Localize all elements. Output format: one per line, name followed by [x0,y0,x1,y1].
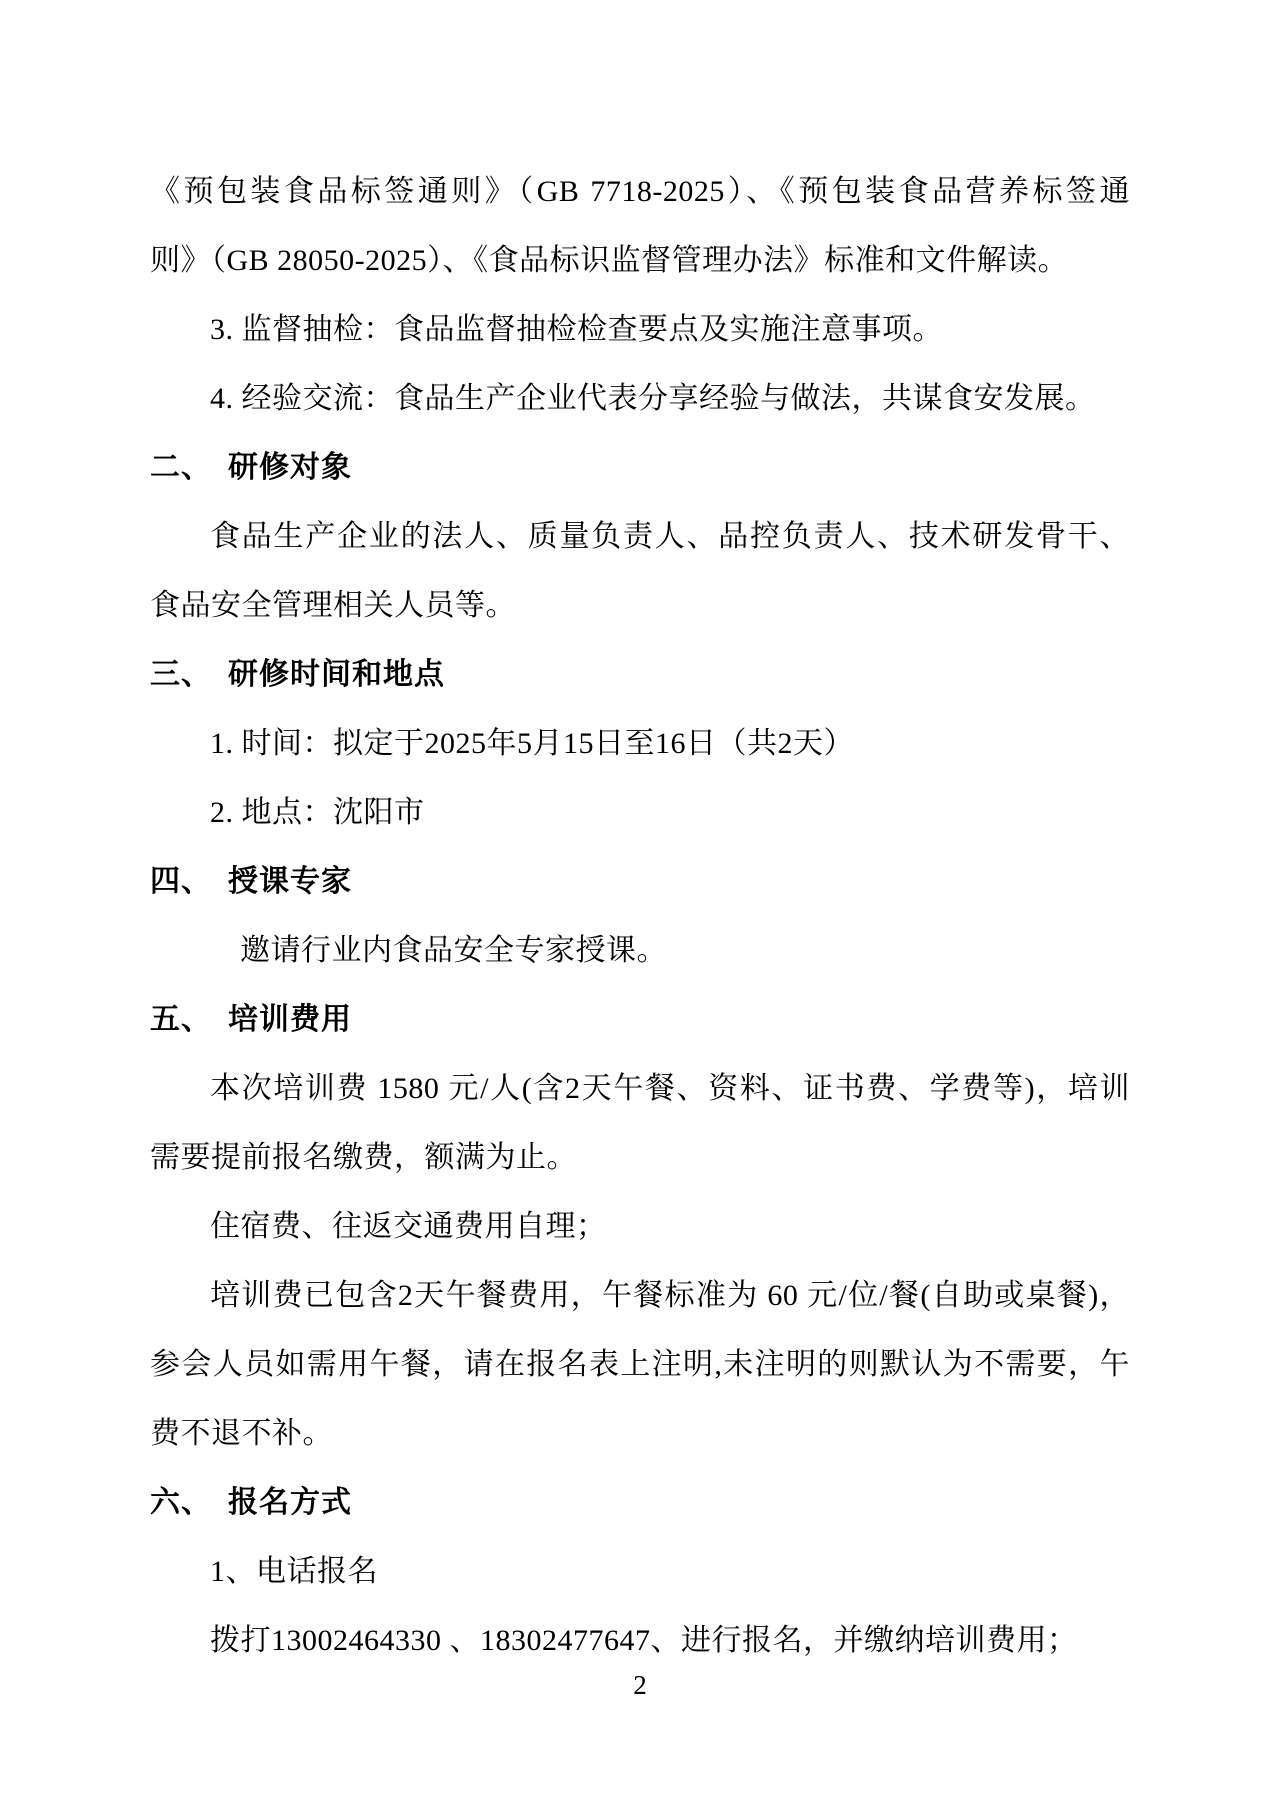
line-text: 培训费已包含2天午餐费用，午餐标准为 60 元/位/餐(自助或桌餐)， [210,1279,1130,1312]
line-text: 则》（GB 28050-2025）、《食品标识监督管理办法》标准和文件解读。 [150,244,1068,277]
text-line: 3. 监督抽检：食品监督抽检检查要点及实施注意事项。 [150,295,1130,364]
document-page: 《预包装食品标签通则》（GB 7718-2025）、《预包装食品营养标签通则》（… [0,0,1280,1810]
text-line: 费不退不补。 [150,1399,1130,1468]
document-content: 《预包装食品标签通则》（GB 7718-2025）、《预包装食品营养标签通则》（… [150,157,1130,1675]
heading-number: 四、 [150,865,212,898]
line-text: 参会人员如需用午餐，请在报名表上注明,未注明的则默认为不需要，午餐 [150,1348,1130,1399]
text-line: 参会人员如需用午餐，请在报名表上注明,未注明的则默认为不需要，午餐 [150,1330,1130,1399]
text-line: 拨打13002464330 、18302477647、进行报名，并缴纳培训费用； [150,1606,1130,1675]
line-text: 拨打13002464330 、18302477647、进行报名，并缴纳培训费用； [210,1624,1078,1657]
text-line: 则》（GB 28050-2025）、《食品标识监督管理办法》标准和文件解读。 [150,226,1130,295]
page-number: 2 [0,1668,1280,1702]
line-text: 食品生产企业的法人、质量负责人、品控负责人、技术研发骨干、 [210,520,1130,553]
section-heading: 五、培训费用 [150,985,1130,1054]
heading-number: 三、 [150,658,212,691]
heading-title: 培训费用 [228,1003,352,1036]
line-text: 住宿费、往返交通费用自理； [210,1210,607,1243]
heading-title: 研修时间和地点 [228,658,445,691]
line-text: 《预包装食品标签通则》（GB 7718-2025）、《预包装食品营养标签通 [150,175,1130,208]
section-heading: 六、报名方式 [150,1468,1130,1537]
line-text: 本次培训费 1580 元/人(含2天午餐、资料、证书费、学费等)，培训 [210,1072,1130,1105]
section-heading: 三、研修时间和地点 [150,640,1130,709]
heading-title: 授课专家 [228,865,352,898]
heading-title: 报名方式 [228,1486,352,1519]
line-text: 邀请行业内食品安全专家授课。 [240,934,667,967]
line-text: 3. 监督抽检：食品监督抽检检查要点及实施注意事项。 [210,313,943,346]
line-text: 4. 经验交流：食品生产企业代表分享经验与做法，共谋食安发展。 [210,382,1096,415]
text-line: 2. 地点：沈阳市 [150,778,1130,847]
line-text: 1. 时间：拟定于2025年5月15日至16日（共2天） [210,727,854,760]
text-line: 1、电话报名 [150,1537,1130,1606]
section-heading: 四、授课专家 [150,847,1130,916]
section-heading: 二、研修对象 [150,433,1130,502]
text-line: 1. 时间：拟定于2025年5月15日至16日（共2天） [150,709,1130,778]
text-line: 4. 经验交流：食品生产企业代表分享经验与做法，共谋食安发展。 [150,364,1130,433]
heading-number: 六、 [150,1486,212,1519]
text-line: 培训费已包含2天午餐费用，午餐标准为 60 元/位/餐(自助或桌餐)， [150,1261,1130,1330]
text-line: 本次培训费 1580 元/人(含2天午餐、资料、证书费、学费等)，培训 [150,1054,1130,1123]
text-line: 邀请行业内食品安全专家授课。 [150,916,1130,985]
line-text: 2. 地点：沈阳市 [210,796,425,829]
text-line: 食品安全管理相关人员等。 [150,571,1130,640]
text-line: 住宿费、往返交通费用自理； [150,1192,1130,1261]
line-text: 1、电话报名 [210,1555,378,1588]
text-line: 需要提前报名缴费，额满为止。 [150,1123,1130,1192]
line-text: 需要提前报名缴费，额满为止。 [150,1141,577,1174]
text-line: 食品生产企业的法人、质量负责人、品控负责人、技术研发骨干、 [150,502,1130,571]
heading-number: 二、 [150,451,212,484]
text-line: 《预包装食品标签通则》（GB 7718-2025）、《预包装食品营养标签通 [150,157,1130,226]
heading-number: 五、 [150,1003,212,1036]
line-text: 费不退不补。 [150,1417,333,1450]
heading-title: 研修对象 [228,451,352,484]
line-text: 食品安全管理相关人员等。 [150,589,516,622]
